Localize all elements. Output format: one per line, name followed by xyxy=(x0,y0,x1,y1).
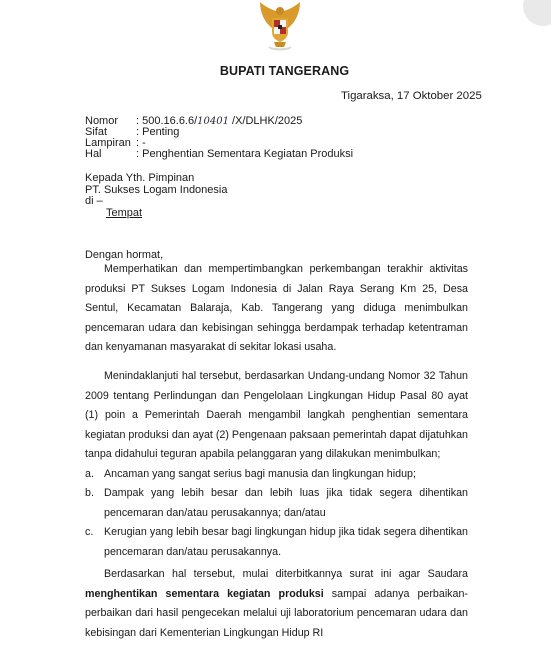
letter-meta: Nomor : 500.16.6.6/10401 /X/DLHK/2025 Si… xyxy=(85,116,353,160)
consequence-list: a. Ancaman yang sangat serius bagi manus… xyxy=(85,465,468,563)
nomor-handwritten: 10401 xyxy=(197,116,229,127)
recipient-line-3: di – xyxy=(85,196,227,208)
recipient-line-4: Tempat xyxy=(85,208,227,220)
meta-hal: Hal : Penghentian Sementara Kegiatan Pro… xyxy=(85,149,353,160)
recipient-block: Kepada Yth. Pimpinan PT. Sukses Logam In… xyxy=(85,173,227,219)
paragraph-3-emphasis: menghentikan sementara kegiatan produksi xyxy=(85,588,324,600)
list-item: c. Kerugian yang lebih besar bagi lingku… xyxy=(85,523,468,562)
garuda-emblem-icon xyxy=(256,2,304,52)
meta-hal-label: Hal xyxy=(85,149,136,160)
list-item: a. Ancaman yang sangat serius bagi manus… xyxy=(85,465,468,485)
paragraph-3-before: Berdasarkan hal tersebut, mulai diterbit… xyxy=(104,568,468,580)
recipient-line-1: Kepada Yth. Pimpinan xyxy=(85,173,227,185)
paragraph-1: Memperhatikan dan mempertimbangkan perke… xyxy=(85,260,468,358)
letterhead-title: BUPATI TANGERANG xyxy=(0,64,551,78)
date-line: Tigaraksa, 17 Oktober 2025 xyxy=(341,90,482,102)
list-item-text: Kerugian yang lebih besar bagi lingkunga… xyxy=(104,523,468,562)
list-item-text: Dampak yang lebih besar dan lebih luas j… xyxy=(104,484,468,523)
paragraph-3: Berdasarkan hal tersebut, mulai diterbit… xyxy=(85,565,468,643)
list-marker: c. xyxy=(85,523,104,562)
list-marker: a. xyxy=(85,465,104,485)
list-item-text: Ancaman yang sangat serius bagi manusia … xyxy=(104,465,468,485)
meta-nomor: Nomor : 500.16.6.6/10401 /X/DLHK/2025 xyxy=(85,116,353,127)
paragraph-2: Menindaklanjuti hal tersebut, berdasarka… xyxy=(85,367,468,465)
recipient-line-2: PT. Sukses Logam Indonesia xyxy=(85,185,227,197)
corner-shadow xyxy=(523,0,551,26)
nomor-suffix: /X/DLHK/2025 xyxy=(229,115,302,127)
paragraph-2-block: Menindaklanjuti hal tersebut, berdasarka… xyxy=(85,367,468,562)
list-marker: b. xyxy=(85,484,104,523)
meta-hal-value: : Penghentian Sementara Kegiatan Produks… xyxy=(136,149,353,160)
list-item: b. Dampak yang lebih besar dan lebih lua… xyxy=(85,484,468,523)
